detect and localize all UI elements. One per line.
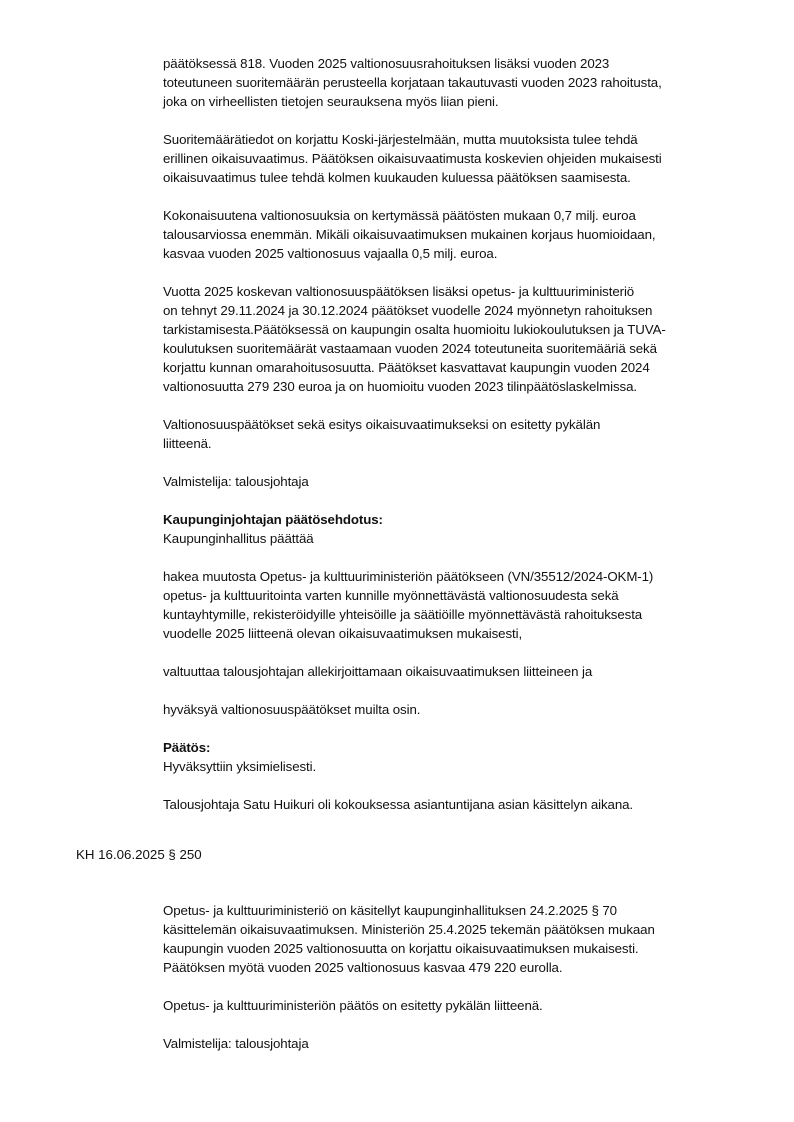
- preparer-line-2: Valmistelija: talousjohtaja: [163, 1034, 743, 1053]
- preparer-line: Valmistelija: talousjohtaja: [163, 472, 743, 491]
- document-page: päätöksessä 818. Vuoden 2025 valtionosuu…: [0, 0, 794, 1122]
- proposal-item-appeal: hakea muutosta Opetus- ja kulttuuriminis…: [163, 567, 743, 643]
- paragraph-performance-data: Suoritemäärätiedot on korjattu Koski-jär…: [163, 130, 743, 187]
- proposal-item-approve: hyväksyä valtionosuuspäätökset muilta os…: [163, 700, 743, 719]
- paragraph-overall-funding: Kokonaisuutena valtionosuuksia on kertym…: [163, 206, 743, 263]
- paragraph-ministry-attachment: Opetus- ja kulttuuriministeriön päätös o…: [163, 996, 743, 1015]
- paragraph-ministry-decision: Opetus- ja kulttuuriministeriö on käsite…: [163, 901, 743, 977]
- paragraph-attachments: Valtionosuuspäätökset sekä esitys oikais…: [163, 415, 743, 453]
- decision-heading: Päätös:: [163, 738, 743, 757]
- proposal-item-authorize: valtuuttaa talousjohtajan allekirjoittam…: [163, 662, 743, 681]
- section-1-body: päätöksessä 818. Vuoden 2025 valtionosuu…: [163, 54, 743, 814]
- paragraph-2024-decisions: Vuotta 2025 koskevan valtionosuuspäätöks…: [163, 282, 743, 396]
- proposal-intro: Kaupunginhallitus päättää: [163, 529, 743, 548]
- closing-note: Talousjohtaja Satu Huikuri oli kokoukses…: [163, 795, 743, 814]
- decision-text: Hyväksyttiin yksimielisesti.: [163, 757, 743, 776]
- proposal-heading: Kaupunginjohtajan päätösehdotus:: [163, 510, 743, 529]
- section-2-body: Opetus- ja kulttuuriministeriö on käsite…: [163, 901, 743, 1053]
- section-2-header: KH 16.06.2025 § 250: [76, 845, 202, 864]
- paragraph-funding-correction: päätöksessä 818. Vuoden 2025 valtionosuu…: [163, 54, 743, 111]
